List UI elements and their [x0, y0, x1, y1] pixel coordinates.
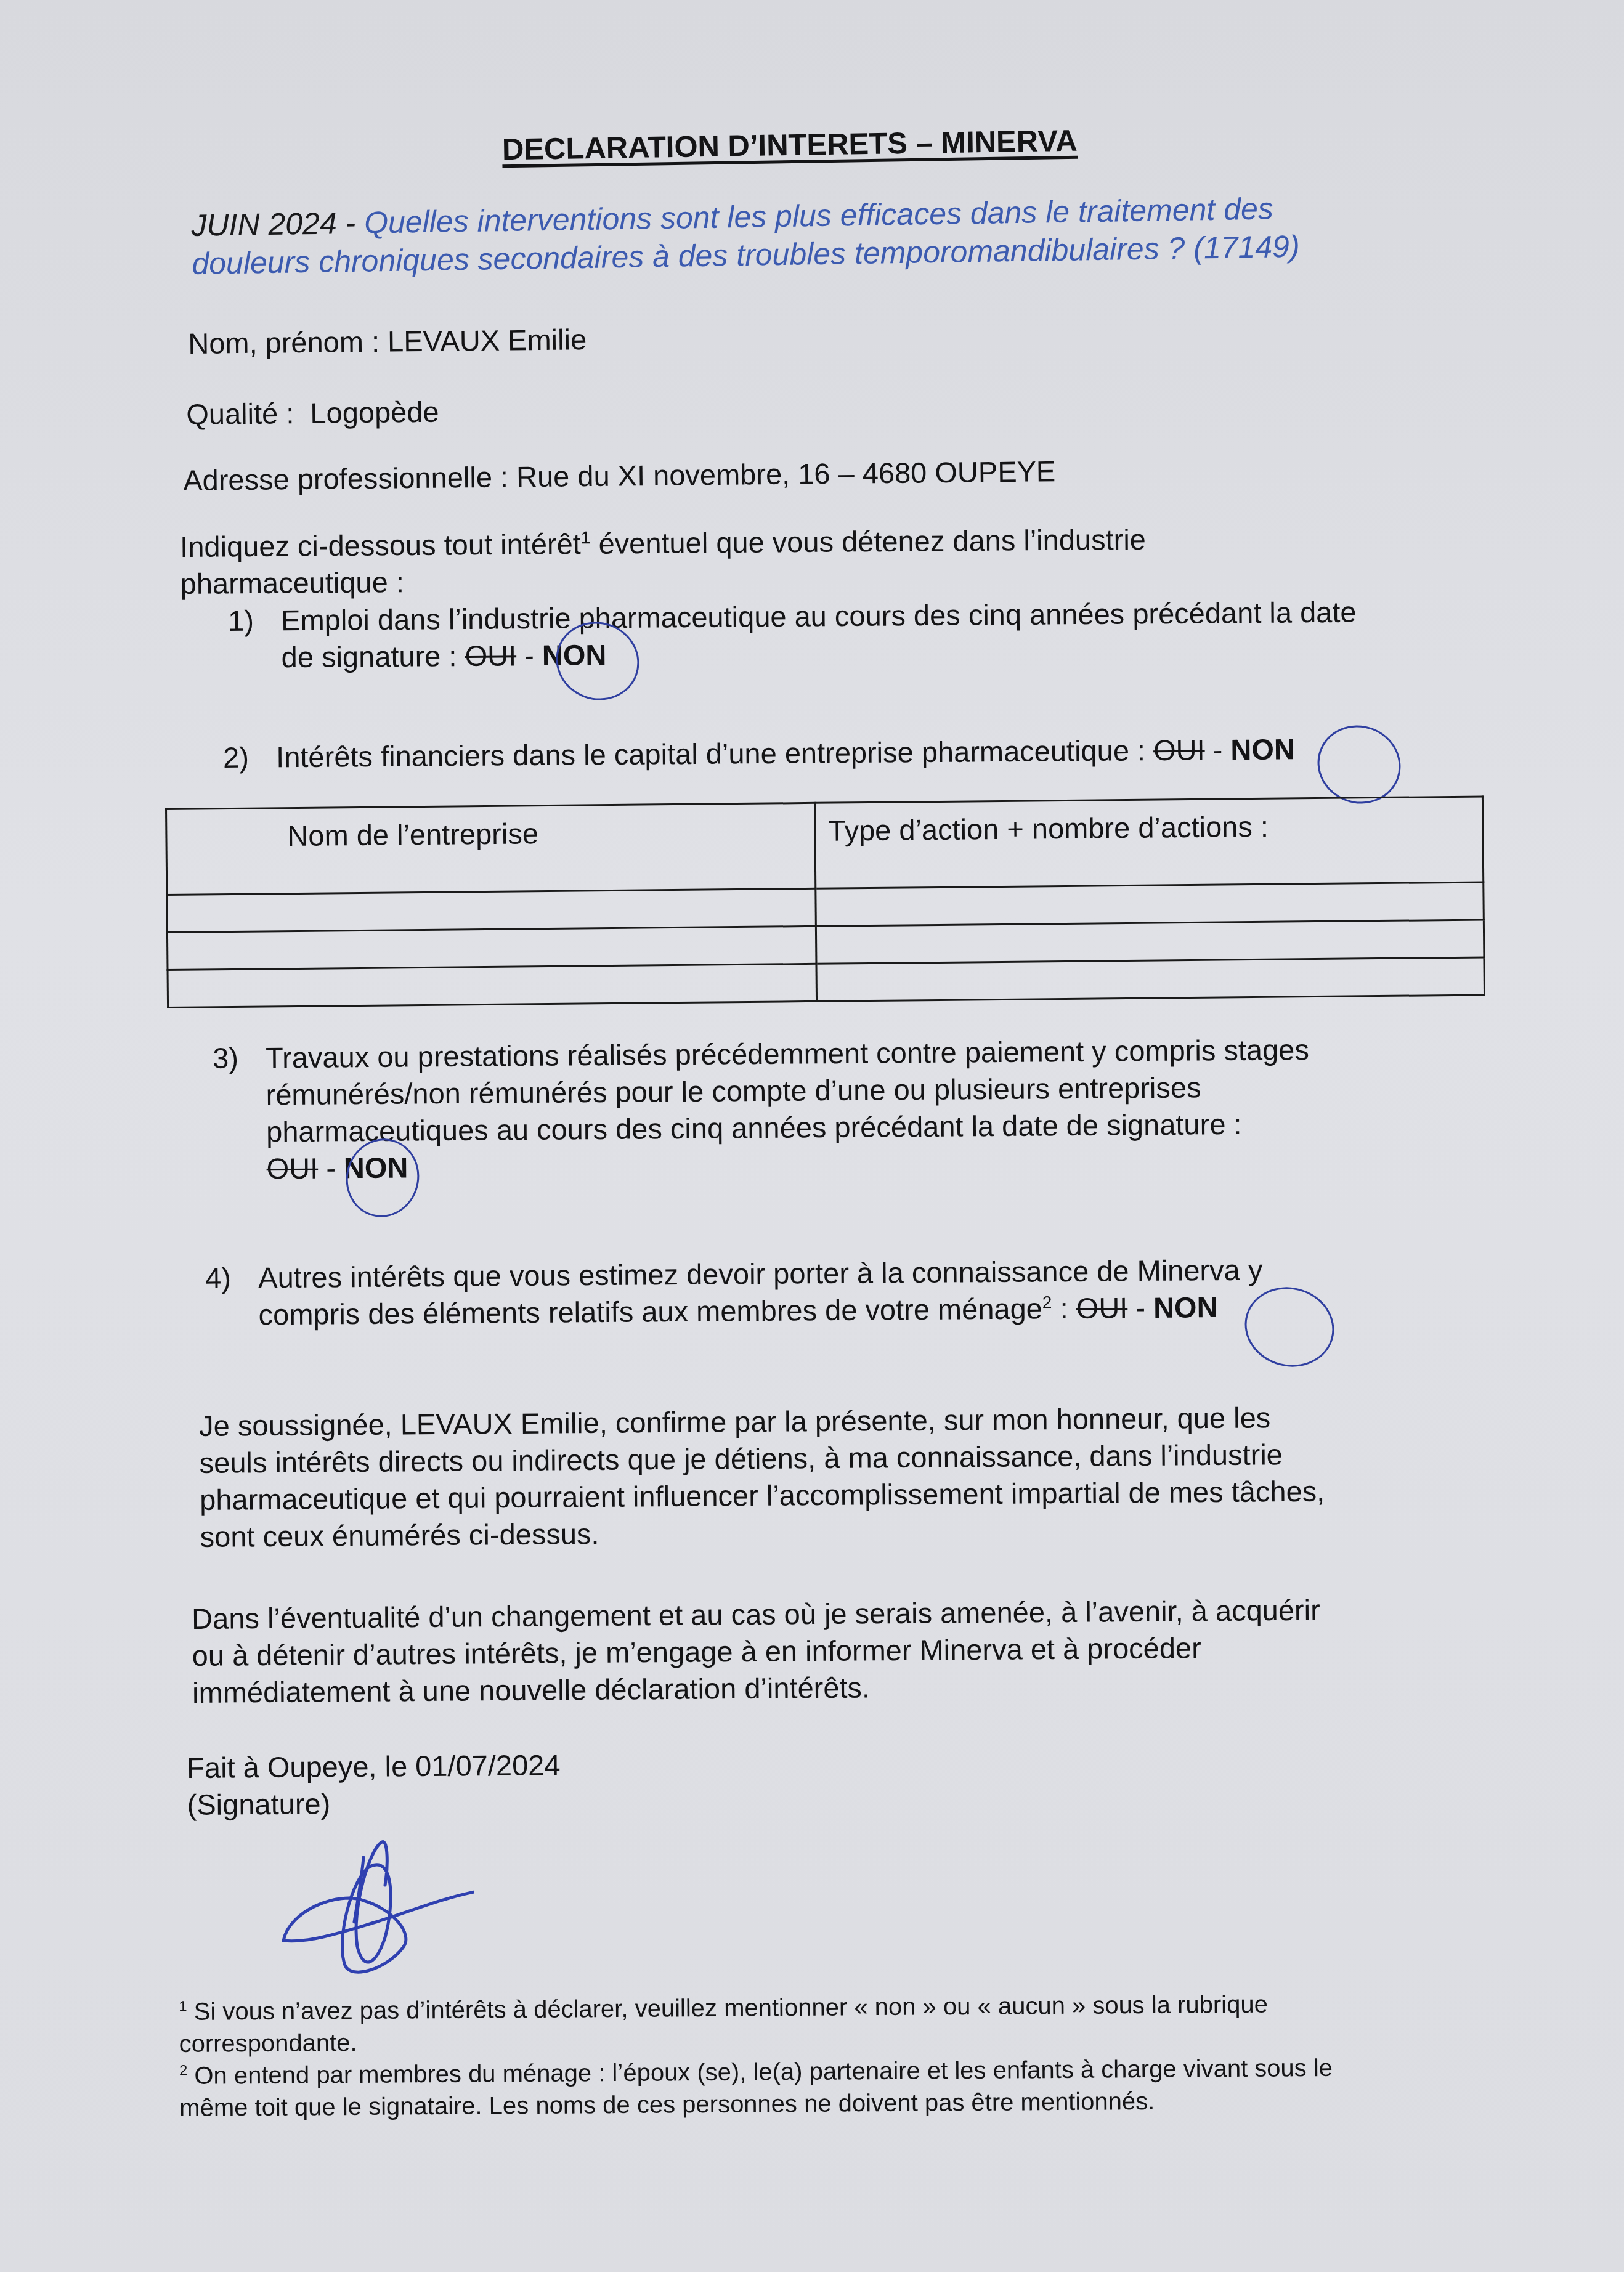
item-line: Emploi dans l’industrie pharmaceutique a… [281, 596, 1357, 637]
signature-label: (Signature) [187, 1783, 561, 1824]
item-number: 3) [213, 1039, 266, 1077]
table-cell[interactable] [167, 888, 816, 932]
footnote-line: On entend par membres du ménage : l’épou… [187, 2055, 1333, 2090]
item-number: 4) [205, 1259, 258, 1297]
document-title: DECLARATION D’INTERETS – MINERVA [502, 124, 1078, 168]
footnotes: 1 Si vous n’avez pas d’intérêts à déclar… [179, 1988, 1333, 2124]
name-value: LEVAUX Emilie [388, 323, 587, 357]
footnote-mark: 2 [179, 2063, 188, 2079]
item-line: Intérêts financiers dans le capital d’un… [276, 734, 1153, 773]
quality-value: Logopède [310, 396, 439, 429]
footnote-ref-1: 1 [581, 527, 591, 547]
option-non-selected[interactable]: NON [1230, 732, 1295, 766]
option-separator: - [318, 1151, 344, 1184]
table-cell[interactable] [816, 957, 1485, 1001]
option-separator: - [1127, 1291, 1153, 1324]
option-oui[interactable]: OUI [1153, 733, 1205, 766]
place-date-block: Fait à Oupeye, le 01/07/2024 (Signature) [187, 1747, 561, 1824]
address-label: Adresse professionnelle : [183, 460, 516, 497]
quality-label: Qualité : [186, 397, 311, 431]
item-line: : [1052, 1292, 1076, 1325]
signature-icon [265, 1830, 474, 1990]
subject-date: JUIN 2024 - [191, 206, 365, 243]
item-number: 2) [223, 739, 276, 776]
item-line: compris des éléments relatifs aux membre… [258, 1292, 1042, 1331]
item-3: 3)Travaux ou prestations réalisés précéd… [213, 1031, 1310, 1188]
item-line: Travaux ou prestations réalisés précédem… [266, 1033, 1309, 1074]
table-cell[interactable] [816, 920, 1484, 964]
option-non-selected[interactable]: NON [542, 638, 607, 671]
table-header-row: Nom de l’entreprise Type d’action + nomb… [166, 797, 1484, 895]
item-4: 4)Autres intérêts que vous estimez devoi… [205, 1252, 1263, 1334]
table-cell[interactable] [816, 882, 1484, 926]
footnote-line: Si vous n’avez pas d’intérêts à déclarer… [187, 1991, 1268, 2026]
table-cell[interactable] [167, 926, 816, 970]
address-field: Adresse professionnelle : Rue du XI nove… [183, 454, 1056, 497]
item-1: 1)Emploi dans l’industrie pharmaceutique… [228, 594, 1357, 676]
shares-table: Nom de l’entreprise Type d’action + nomb… [165, 795, 1485, 1008]
footnote-mark: 1 [179, 1998, 187, 2015]
name-field: Nom, prénom : LEVAUX Emilie [188, 322, 587, 360]
subject-block: JUIN 2024 - Quelles interventions sont l… [191, 189, 1300, 283]
table-cell[interactable] [168, 964, 817, 1007]
intro-line1: Indiquez ci-dessous tout intérêt [180, 527, 581, 563]
option-oui[interactable]: OUI [465, 639, 516, 672]
commitment-paragraph: Dans l’éventualité d’un changement et au… [192, 1592, 1321, 1711]
option-separator: - [516, 639, 542, 671]
option-separator: - [1204, 733, 1230, 766]
footnote-ref-2: 2 [1042, 1292, 1052, 1312]
place-date: Fait à Oupeye, le 01/07/2024 [187, 1747, 561, 1787]
option-non-selected[interactable]: NON [1153, 1291, 1218, 1324]
item-line: Autres intérêts que vous estimez devoir … [258, 1254, 1263, 1294]
declaration-paragraph: Je soussignée, LEVAUX Emilie, confirme p… [199, 1399, 1325, 1556]
item-2: 2)Intérêts financiers dans le capital d’… [223, 731, 1295, 776]
intro-text: Indiquez ci-dessous tout intérêt1 éventu… [180, 521, 1147, 602]
option-oui[interactable]: OUI [1076, 1291, 1127, 1325]
address-value: Rue du XI novembre, 16 – 4680 OUPEYE [516, 455, 1056, 493]
name-label: Nom, prénom : [188, 325, 388, 360]
intro-line1-rest: éventuel que vous détenez dans l’industr… [590, 523, 1146, 560]
item-number: 1) [228, 602, 281, 639]
declaration-page: DECLARATION D’INTERETS – MINERVA JUIN 20… [0, 0, 1624, 2272]
quality-field: Qualité : Logopède [186, 395, 439, 431]
item-line: de signature : [281, 639, 465, 673]
option-non-selected[interactable]: NON [344, 1151, 408, 1185]
column-header-company: Nom de l’entreprise [166, 803, 816, 895]
option-oui[interactable]: OUI [266, 1152, 318, 1185]
column-header-share-type: Type d’action + nombre d’actions : [814, 797, 1483, 888]
